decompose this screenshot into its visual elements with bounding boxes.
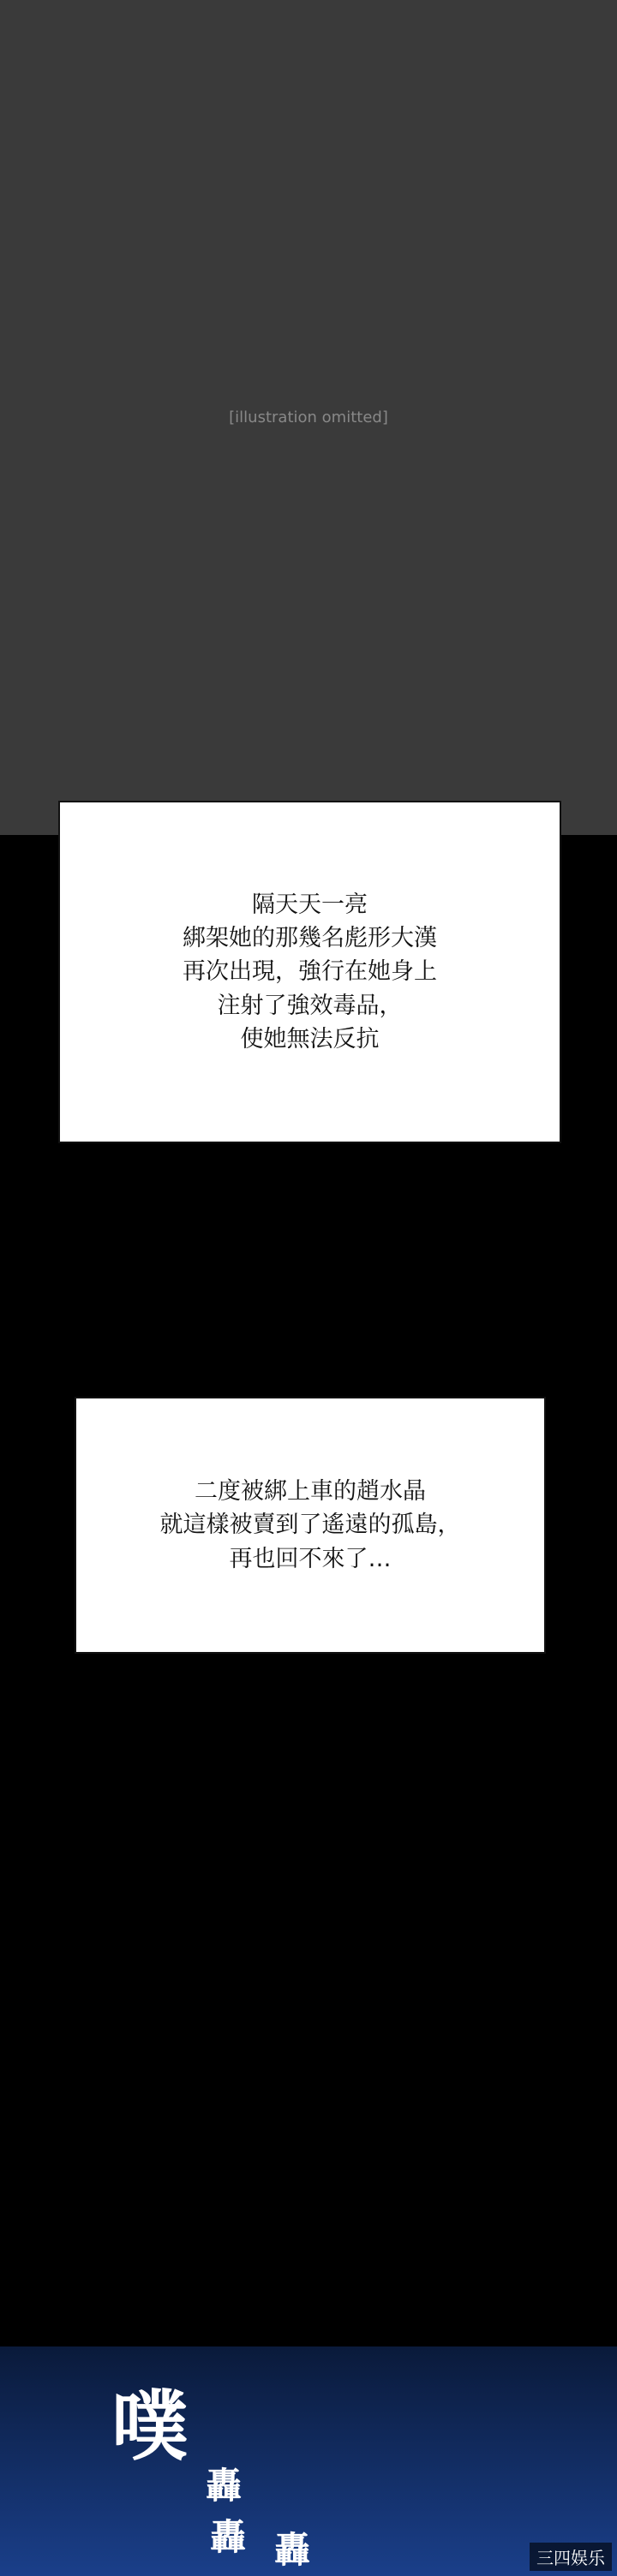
caption-line: 注射了強效毒品， — [183, 989, 437, 1023]
caption-line: 就這樣被賣到了遙遠的孤島， — [160, 1508, 461, 1541]
omitted-illustration-panel: [illustration omitted] — [0, 0, 617, 835]
caption-line: 再也回不來了… — [160, 1542, 461, 1576]
sound-effect: 轟 — [274, 2522, 310, 2573]
caption-line: 隔天天一亮 — [183, 888, 437, 921]
sound-effect: 轟 — [210, 2509, 246, 2561]
caption-line: 使她無法反抗 — [183, 1023, 437, 1056]
watermark: 三四娱乐 — [530, 2543, 612, 2571]
sound-effect: 噗 — [111, 2364, 189, 2475]
sound-effect: 轟 — [206, 2458, 242, 2509]
narration-box-2: 二度被綁上車的趙水晶 就這樣被賣到了遙遠的孤島， 再也回不來了… — [75, 1397, 546, 1654]
caption-line: 再次出現，強行在她身上 — [183, 955, 437, 988]
placeholder-label: [illustration omitted] — [229, 408, 388, 426]
narration-box-1: 隔天天一亮 綁架她的那幾名彪形大漢 再次出現，強行在她身上 注射了強效毒品， 使… — [58, 801, 561, 1143]
caption-line: 綁架她的那幾名彪形大漢 — [183, 921, 437, 955]
caption-line: 二度被綁上車的趙水晶 — [160, 1475, 461, 1508]
